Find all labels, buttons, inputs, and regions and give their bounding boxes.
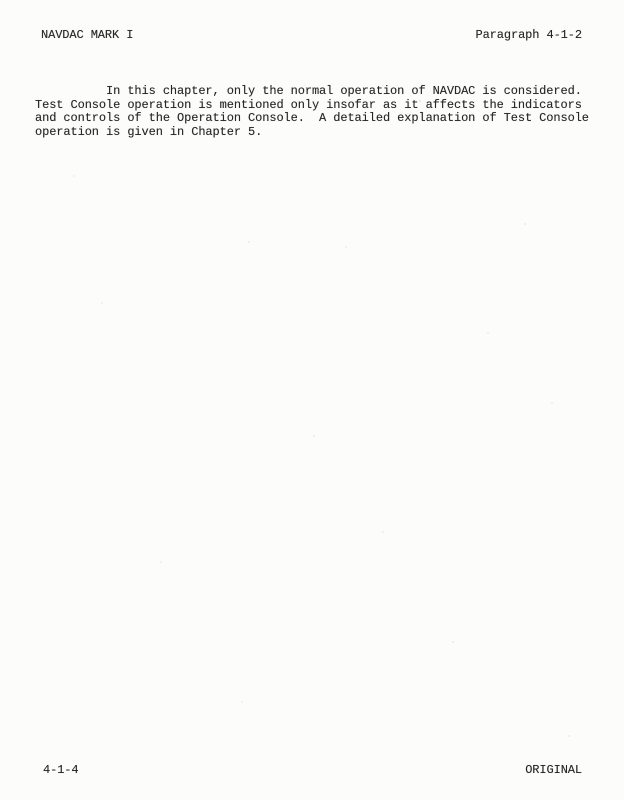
paragraph-reference: Paragraph 4-1-2 (475, 29, 582, 43)
page-footer: 4-1-4 ORIGINAL (43, 764, 582, 778)
page-number: 4-1-4 (43, 764, 79, 778)
page-header: NAVDAC MARK I Paragraph 4-1-2 (41, 29, 582, 43)
scan-noise (0, 0, 2, 2)
body-paragraph: In this chapter, only the normal operati… (35, 85, 604, 139)
document-title: NAVDAC MARK I (41, 29, 133, 43)
revision-label: ORIGINAL (525, 764, 582, 778)
document-page: NAVDAC MARK I Paragraph 4-1-2 In this ch… (0, 0, 624, 800)
